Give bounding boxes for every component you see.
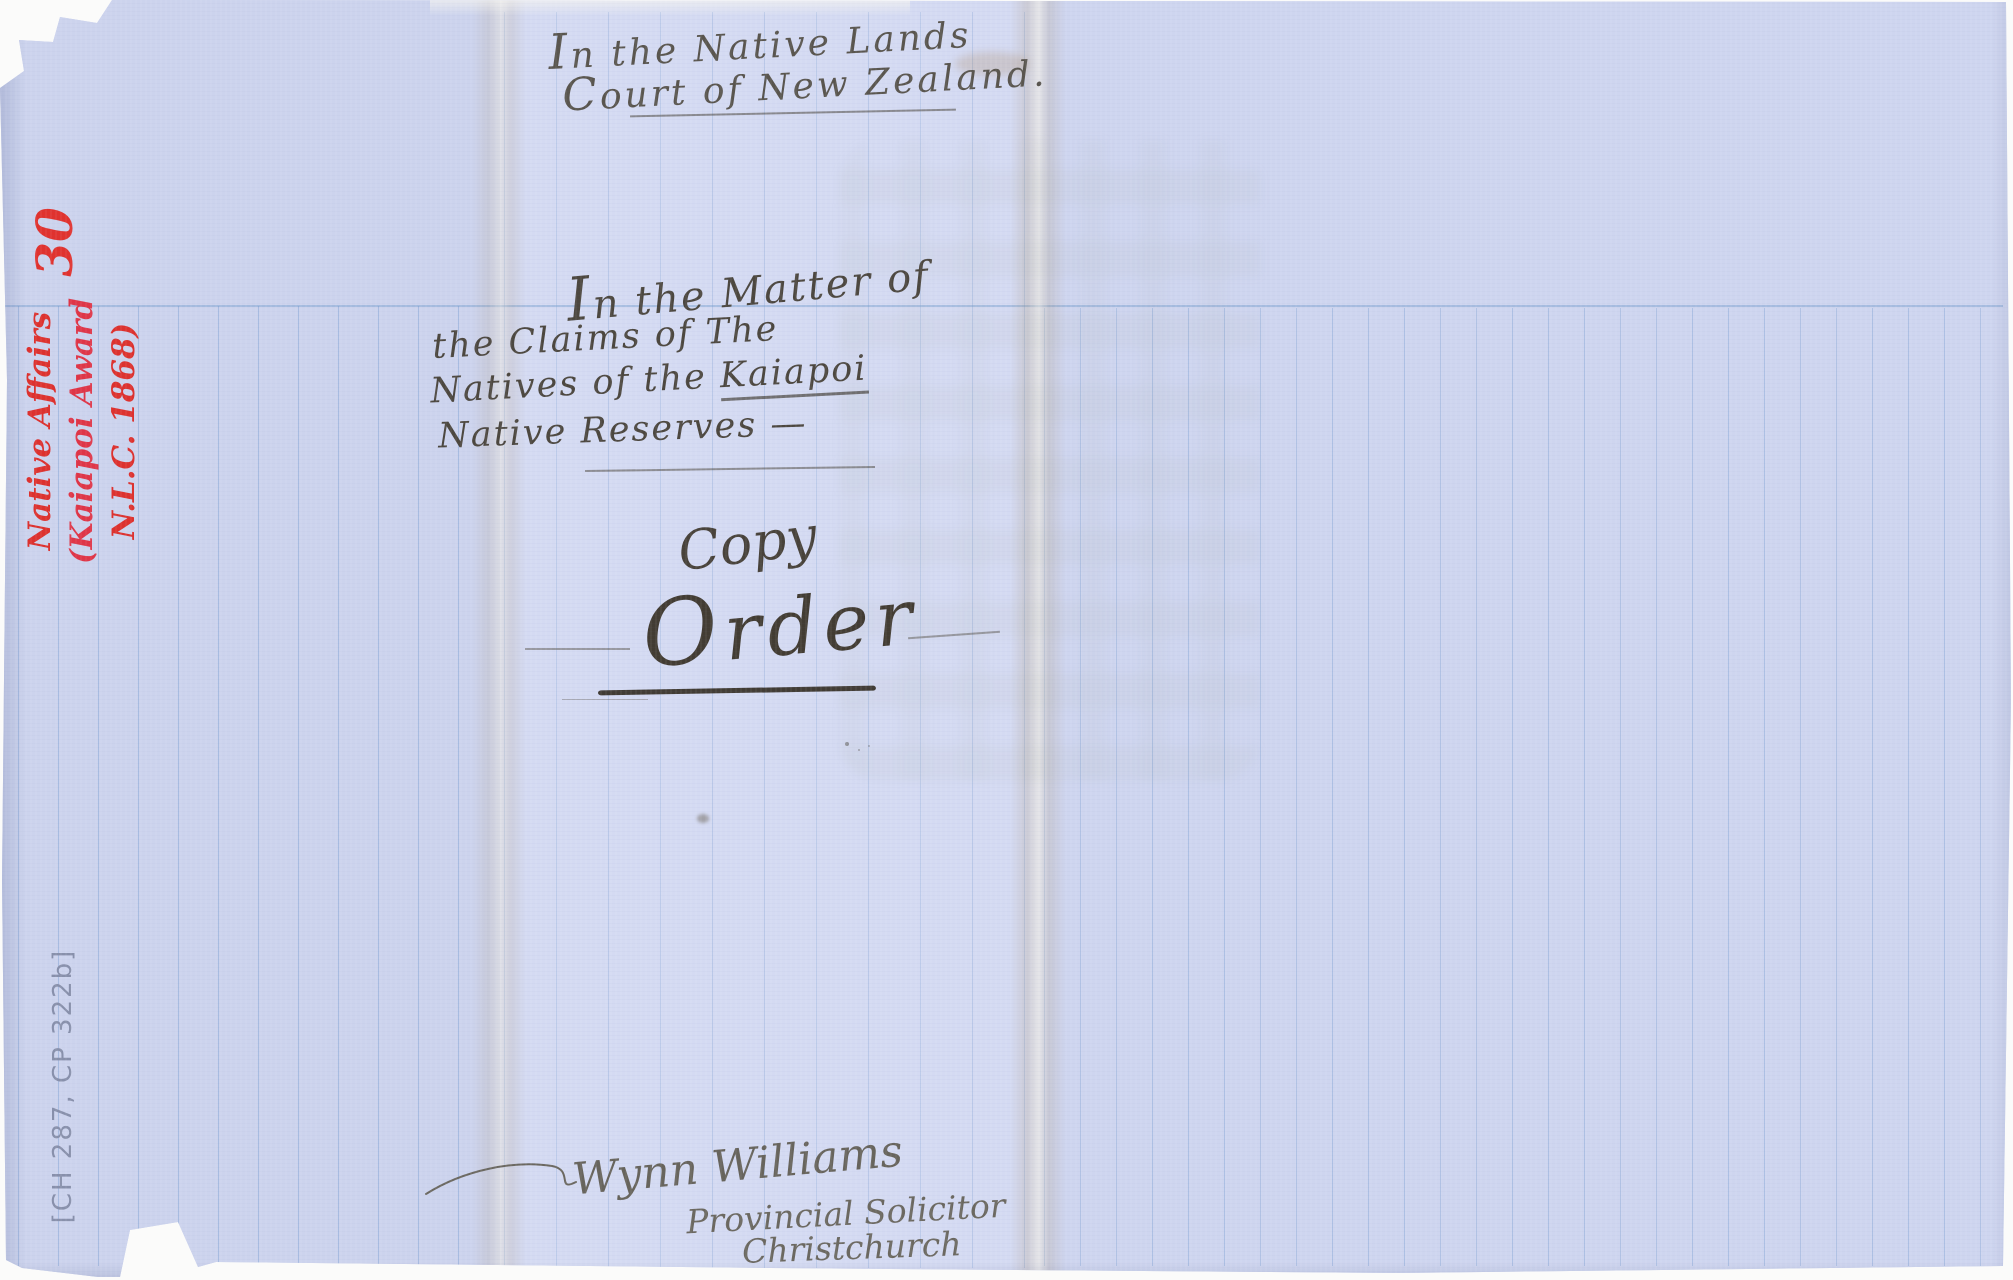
fold-crease-left	[472, 0, 526, 1280]
paper-edge-shadow-right	[1991, 0, 2013, 1280]
scanned-document: In the Native Lands Court of New Zealand…	[0, 0, 2013, 1280]
filing-annotation-line1: Native Affairs	[19, 231, 61, 631]
order-underline-extension	[562, 699, 648, 700]
document-paper: In the Native Lands Court of New Zealand…	[0, 0, 2013, 1280]
archive-reference: [CH 287, CP 322b]	[45, 921, 81, 1251]
ink-smudge	[697, 814, 709, 823]
filing-annotation: Native Affairs (Kaiapoi Award N.L.C. 186…	[19, 231, 145, 631]
filing-annotation-line2: (Kaiapoi Award	[61, 231, 103, 631]
paper-edge-shadow-bottom	[0, 1262, 2013, 1280]
signature-place: Christchurch	[741, 1224, 962, 1271]
ink-specks	[845, 742, 849, 746]
matter-line3-kaiapoi-underlined: Kaiapoi	[719, 349, 869, 402]
filing-annotation-line3: N.L.C. 1868)	[103, 231, 145, 631]
order-dash-left	[525, 648, 630, 650]
